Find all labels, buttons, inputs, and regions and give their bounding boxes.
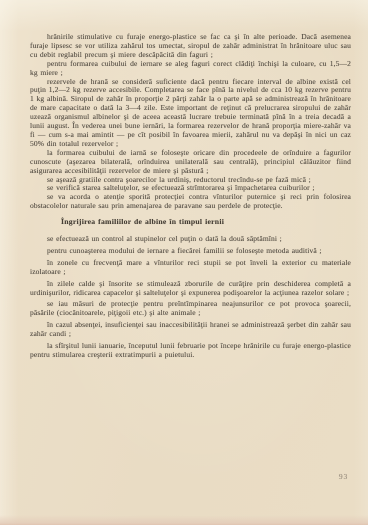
page-number: 93 xyxy=(339,472,348,481)
paragraph: pentru cunoaşterea modului de iernare a … xyxy=(30,247,351,256)
paragraph: se efectuează un control al stupinelor c… xyxy=(30,235,351,244)
page-body: hrănirile stimulative cu furaje energo-p… xyxy=(30,33,351,363)
paragraph: în cazul absenţei, insuficienţei sau ina… xyxy=(30,321,351,339)
paragraph: în zonele cu frecvenţă mare a vînturilor… xyxy=(30,259,351,277)
paragraph: la sfîrşitul lunii ianuarie, începutul l… xyxy=(30,342,351,360)
paragraph: la formarea cuibului de iarnă se foloseş… xyxy=(30,149,351,176)
scanned-page: hrănirile stimulative cu furaje energo-p… xyxy=(0,0,368,525)
paragraph: se va acorda o atenţie sporită protecţie… xyxy=(30,193,351,211)
paragraph: rezervele de hrană se consideră suficien… xyxy=(30,78,351,149)
paragraph: hrănirile stimulative cu furaje energo-p… xyxy=(30,33,351,60)
paragraph: se iau măsuri de protecţie pentru preînt… xyxy=(30,300,351,318)
paragraph: pentru formarea cuibului de iernare se a… xyxy=(30,60,351,78)
scan-edge-shadow xyxy=(0,515,368,525)
paragraph: în zilele calde şi însorite se stimuleaz… xyxy=(30,280,351,298)
section-heading: Îngrijirea familiilor de albine în timpu… xyxy=(61,218,351,227)
